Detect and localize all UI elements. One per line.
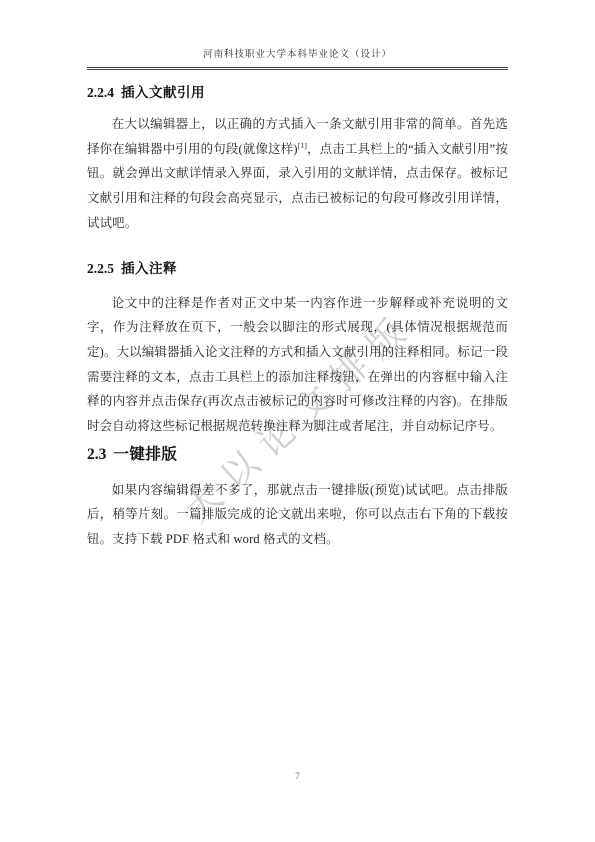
paragraph-one-click-layout: 如果内容编辑得差不多了，那就点击一键排版(预览)试试吧。点击排版后，稍等片刻。一… (87, 478, 508, 552)
page-header: 河南科技职业大学本科毕业论文（设计） (87, 0, 508, 70)
heading-2-2-5: 2.2.5插入注释 (87, 260, 508, 278)
heading-number: 2.3 (87, 446, 106, 463)
document-content: 2.2.4插入文献引用 在大以编辑器上，以正确的方式插入一条文献引用非常的简单。… (87, 84, 508, 552)
heading-title: 插入注释 (121, 261, 177, 276)
heading-title: 插入文献引用 (121, 85, 205, 100)
page-number: 7 (295, 772, 300, 782)
heading-number: 2.2.5 (87, 261, 114, 276)
heading-2-3: 2.3一键排版 (87, 445, 508, 465)
header-title: 河南科技职业大学本科毕业论文（设计） (87, 49, 508, 70)
paragraph-insert-citation: 在大以编辑器上，以正确的方式插入一条文献引用非常的简单。首先选择你在编辑器中引用… (87, 112, 508, 236)
paragraph-insert-annotation: 论文中的注释是作者对正文中某一内容作进一步解释或补充说明的文字，作为注释放在页下… (87, 291, 508, 439)
page-footer: 7 (0, 772, 595, 782)
citation-reference-marker: [1] (298, 141, 307, 150)
heading-2-2-4: 2.2.4插入文献引用 (87, 84, 508, 102)
heading-number: 2.2.4 (87, 85, 114, 100)
heading-title: 一键排版 (113, 446, 177, 463)
document-page: 大以论文排版 河南科技职业大学本科毕业论文（设计） 2.2.4插入文献引用 在大… (0, 0, 595, 842)
